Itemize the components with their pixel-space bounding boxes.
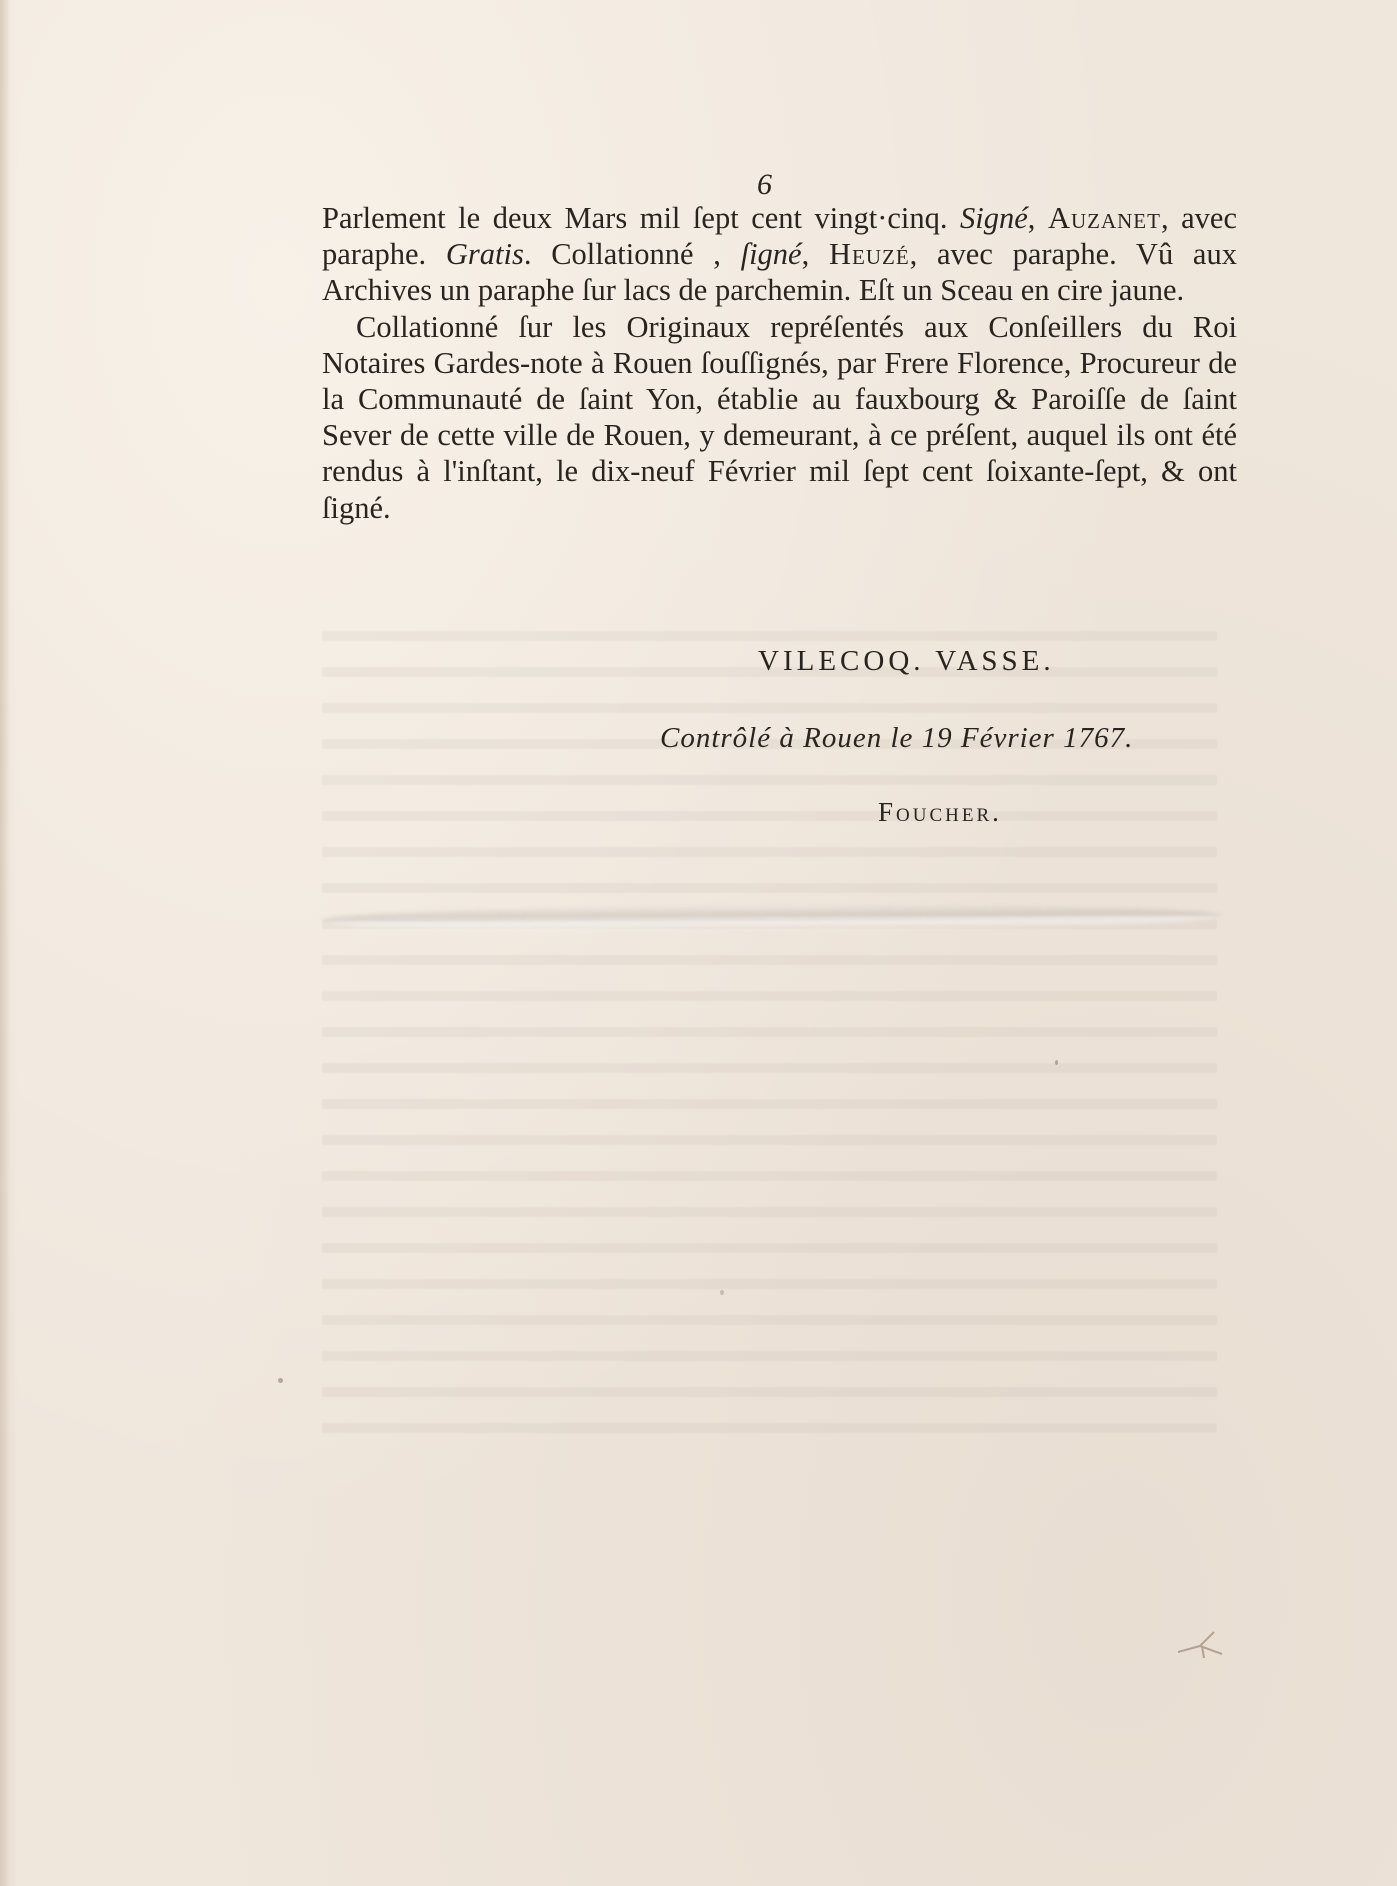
scanned-page: 6 Parlement le deux Mars mil ſept cent v… (0, 0, 1397, 1886)
paper-speck (1055, 1060, 1058, 1065)
text-run: , (1028, 201, 1048, 235)
italic-run-signe-2: ſigné (741, 237, 802, 271)
signatories: VILECOQ. VASSE. (758, 645, 1055, 678)
italic-run-signe: Signé (960, 201, 1028, 235)
paragraph-2: Collationné ſur les Originaux repréſenté… (322, 309, 1237, 526)
clerk-signature: Foucher. (878, 797, 1002, 828)
paper-speck (278, 1378, 283, 1383)
page-left-edge (0, 0, 10, 1886)
name-auzanet: Auzanet (1048, 201, 1161, 235)
italic-run-gratis: Gratis (446, 237, 524, 271)
paragraph-1: Parlement le deux Mars mil ſept cent vin… (322, 200, 1237, 309)
text-run: , (802, 237, 829, 271)
text-run: . Collationné , (524, 237, 741, 271)
name-heuze: Heuzé (829, 237, 910, 271)
control-note: Contrôlé à Rouen le 19 Février 1767. (660, 722, 1133, 755)
paper-speck (720, 1290, 724, 1295)
text-run: Parlement le deux Mars mil ſept cent vin… (322, 201, 960, 235)
text-run: Collationné ſur les Originaux repréſenté… (322, 310, 1237, 525)
paper-tear-mark (1170, 1620, 1240, 1660)
body-text: Parlement le deux Mars mil ſept cent vin… (322, 170, 1237, 526)
